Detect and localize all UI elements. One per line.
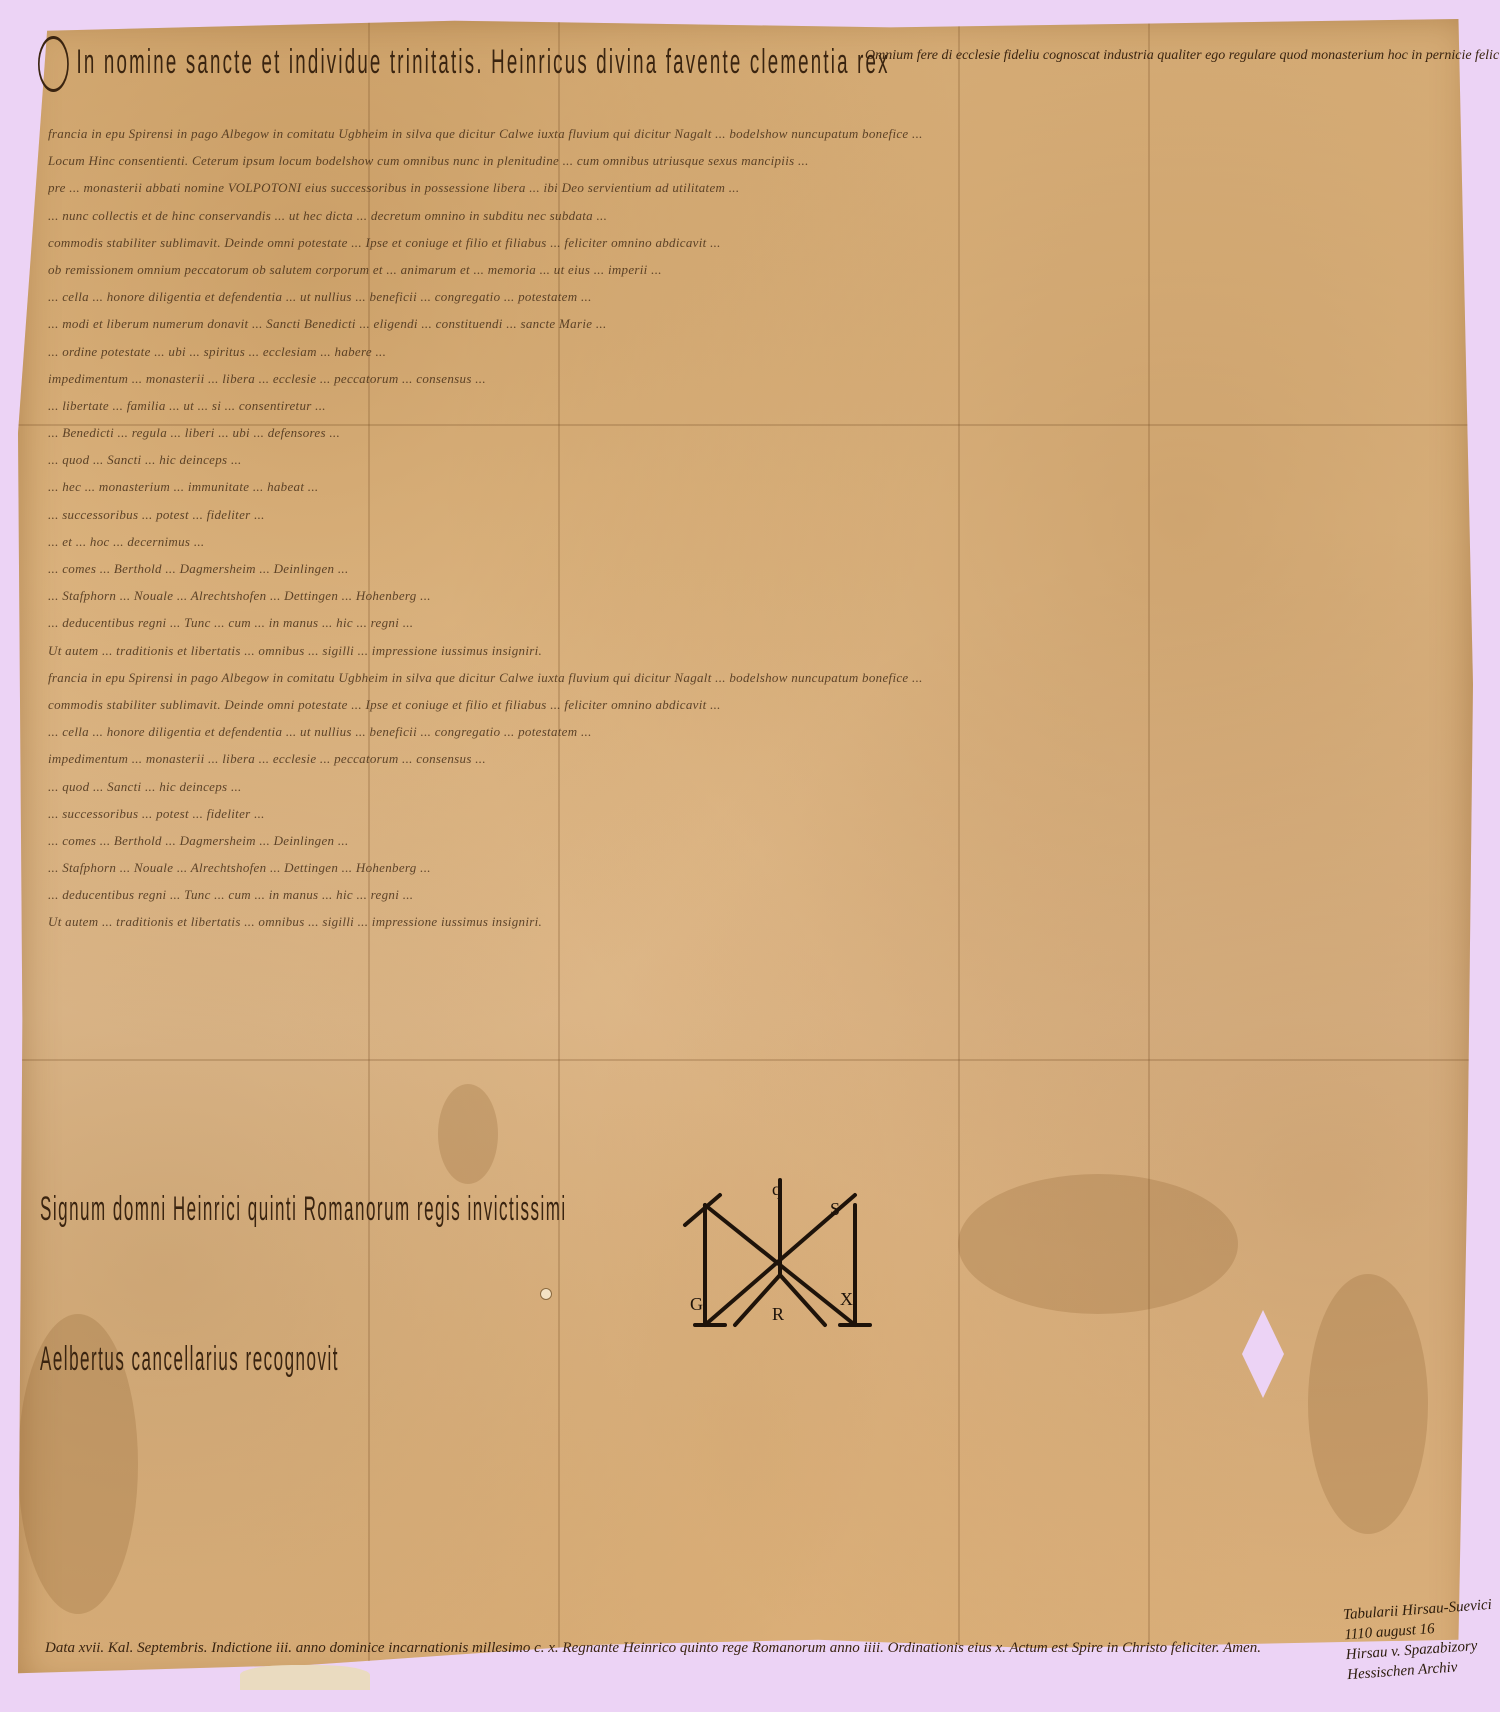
body-line: commodis stabiliter sublimavit. Deinde o… <box>48 691 1443 718</box>
fold-line <box>18 1059 1473 1061</box>
body-line: ... ordine potestate ... ubi ... spiritu… <box>48 338 1443 365</box>
stain <box>438 1084 498 1184</box>
svg-text:X: X <box>840 1289 853 1309</box>
body-line: ... successoribus ... potest ... fidelit… <box>48 501 1443 528</box>
body-line: ... Benedicti ... regula ... liberi ... … <box>48 419 1443 446</box>
signum-line: Signum domni Heinrici quinti Romanorum r… <box>40 1190 567 1229</box>
body-line: commodis stabiliter sublimavit. Deinde o… <box>48 229 1443 256</box>
body-line: ... successoribus ... potest ... fidelit… <box>48 800 1443 827</box>
archive-note: Tabularii Hirsau-Suevici 1110 august 16 … <box>1342 1595 1496 1685</box>
body-line: ob remissionem omnium peccatorum ob salu… <box>48 256 1443 283</box>
body-line: impedimentum ... monasterii ... libera .… <box>48 365 1443 392</box>
body-line: ... Stafphorn ... Nouale ... Alrechtshof… <box>48 582 1443 609</box>
recognition-line: Aelbertus cancellarius recognovit <box>40 1340 339 1379</box>
body-line: ... comes ... Berthold ... Dagmersheim .… <box>48 555 1443 582</box>
body-line: ... deducentibus regni ... Tunc ... cum … <box>48 609 1443 636</box>
body-line: ... cella ... honore diligentia et defen… <box>48 283 1443 310</box>
royal-monogram-icon: q S G X R <box>680 1175 880 1340</box>
charter-body: francia in epu Spirensi in pago Albegow … <box>48 120 1443 936</box>
body-line: Locum Hinc consentienti. Ceterum ipsum l… <box>48 147 1443 174</box>
body-line: ... nunc collectis et de hinc conservand… <box>48 202 1443 229</box>
svg-text:R: R <box>772 1304 784 1324</box>
body-line: ... deducentibus regni ... Tunc ... cum … <box>48 881 1443 908</box>
chrismon-icon <box>38 36 69 92</box>
body-line: impedimentum ... monasterii ... libera .… <box>48 745 1443 772</box>
body-line: ... Stafphorn ... Nouale ... Alrechtshof… <box>48 854 1443 881</box>
elongated-invocation: In nomine sancte et individue trinitatis… <box>38 36 890 92</box>
body-line: ... cella ... honore diligentia et defen… <box>48 718 1443 745</box>
body-line: Ut autem ... traditionis et libertatis .… <box>48 908 1443 935</box>
body-line: ... libertate ... familia ... ut ... si … <box>48 392 1443 419</box>
body-line: ... et ... hoc ... decernimus ... <box>48 528 1443 555</box>
parchment-tear <box>240 1665 370 1690</box>
body-line: ... quod ... Sancti ... hic deinceps ... <box>48 773 1443 800</box>
svg-text:G: G <box>690 1294 703 1314</box>
invocation-text: In nomine sancte et individue trinitatis… <box>77 43 890 81</box>
body-line: pre ... monasterii abbati nomine VOLPOTO… <box>48 174 1443 201</box>
body-line: Ut autem ... traditionis et libertatis .… <box>48 637 1443 664</box>
body-line: ... modi et liberum numerum donavit ... … <box>48 310 1443 337</box>
body-line: ... comes ... Berthold ... Dagmersheim .… <box>48 827 1443 854</box>
svg-text:S: S <box>830 1199 840 1219</box>
body-line: francia in epu Spirensi in pago Albegow … <box>48 120 1443 147</box>
stain <box>958 1174 1238 1314</box>
body-line: ... hec ... monasterium ... immunitate .… <box>48 473 1443 500</box>
puncture-hole <box>540 1288 552 1300</box>
body-line: ... quod ... Sancti ... hic deinceps ... <box>48 446 1443 473</box>
first-line-continuation: Omnium fere di ecclesie fideliu cognosca… <box>865 48 1500 64</box>
svg-text:q: q <box>772 1179 781 1199</box>
stain <box>1308 1274 1428 1534</box>
body-line: francia in epu Spirensi in pago Albegow … <box>48 664 1443 691</box>
dating-clause: Data xvii. Kal. Septembris. Indictione i… <box>45 1640 1261 1657</box>
